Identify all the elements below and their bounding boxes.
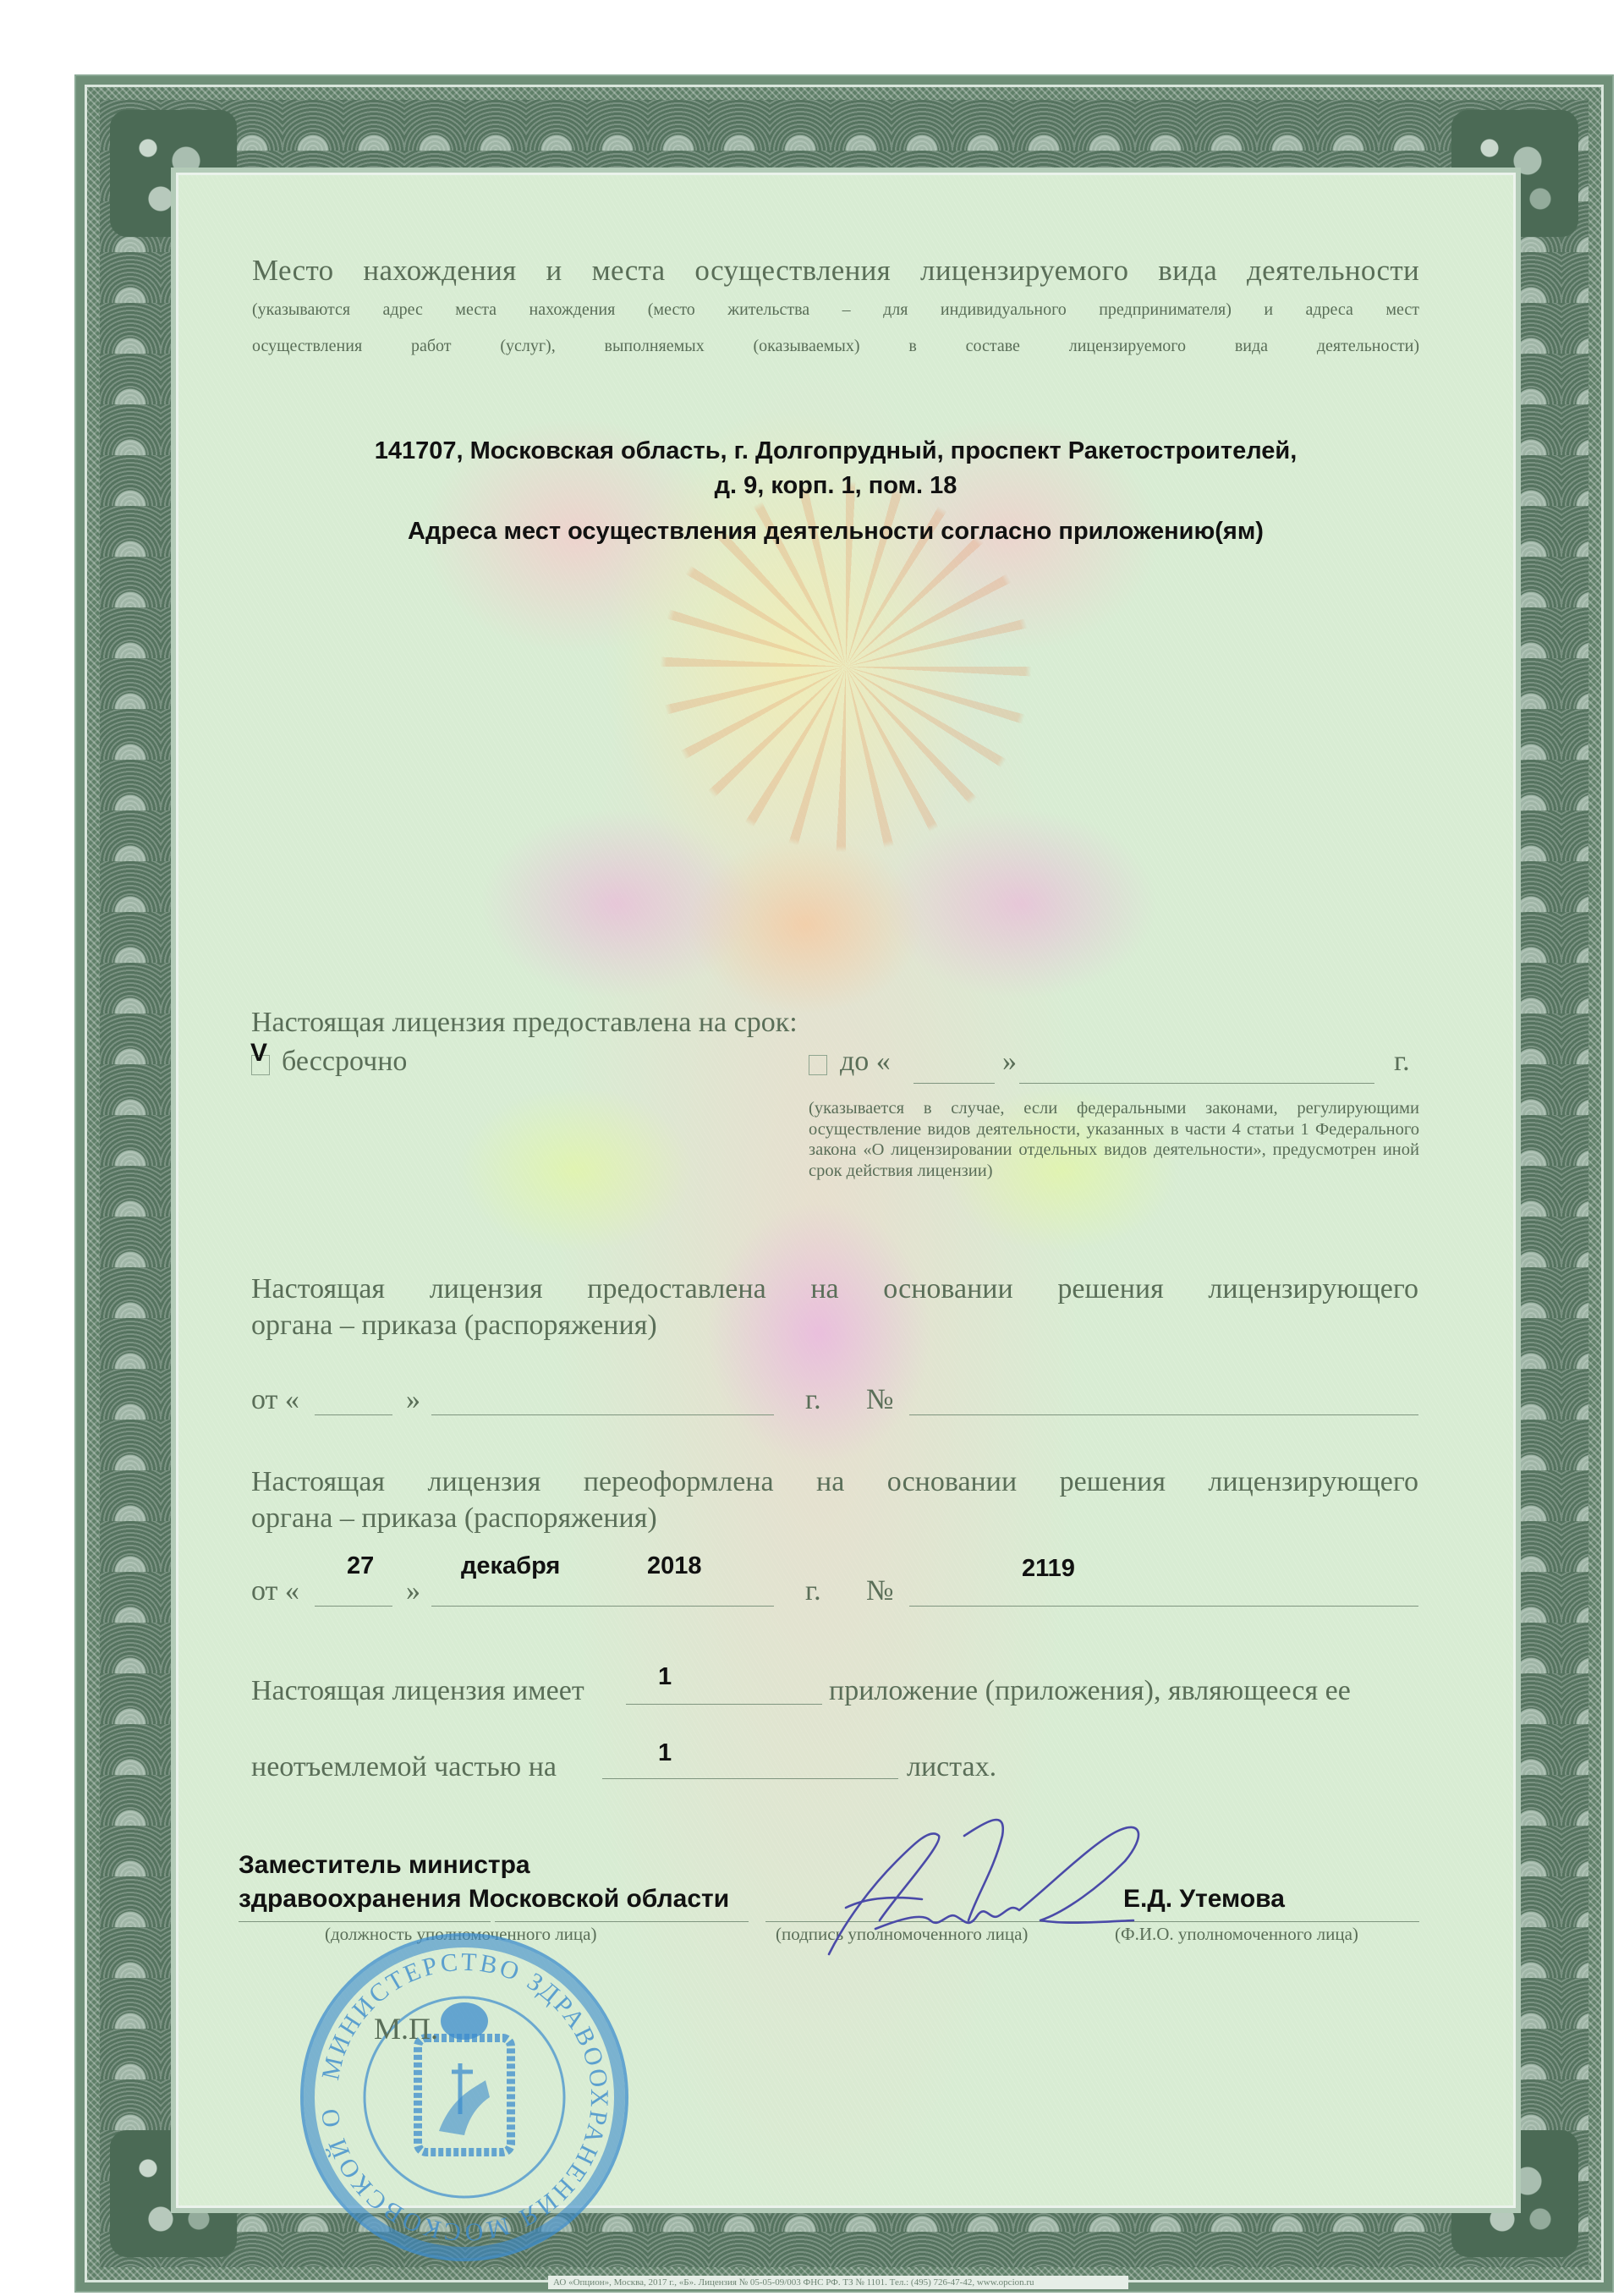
handwritten-signature-icon (795, 1802, 1150, 1971)
grant-year-suffix: г. (805, 1384, 821, 1416)
reissue-year-value: 2018 (647, 1552, 702, 1580)
address-appendix-note: Адреса мест осуществления деятельности с… (252, 518, 1419, 546)
reissue-number-label: № (866, 1575, 893, 1607)
reissue-year-suffix: г. (805, 1575, 821, 1607)
reissue-quote-close: » (406, 1575, 420, 1607)
unlimited-label: бессрочно (282, 1046, 407, 1078)
caption-name: (Ф.И.О. уполномоченного лица) (1115, 1924, 1358, 1945)
location-note-line2: осуществления работ (услуг), выполняемых… (252, 337, 1419, 356)
seal-emblem-icon: МИНИСТЕРСТВО ЗДРАВООХРАНЕНИЯ МОСКОВСКОЙ … (304, 1936, 625, 2258)
position-field-line (239, 1921, 491, 1922)
appendix-count-value: 1 (658, 1663, 672, 1691)
until-year-suffix: г. (1394, 1046, 1410, 1078)
sheet-count-field-line (602, 1778, 898, 1779)
until-date-prefix: до « (840, 1046, 891, 1078)
reissue-basis-line2: органа – приказа (распоряжения) (251, 1502, 657, 1535)
until-quote-close: » (1002, 1046, 1017, 1078)
reissue-day-value: 27 (347, 1552, 374, 1580)
official-seal-stamp: МИНИСТЕРСТВО ЗДРАВООХРАНЕНИЯ МОСКОВСКОЙ … (300, 1933, 628, 2261)
position-field-line-2 (495, 1921, 749, 1922)
grant-quote-close: » (406, 1384, 420, 1416)
location-note-line1: (указываются адрес места нахождения (мес… (252, 300, 1419, 320)
grant-month-field-line (431, 1414, 774, 1415)
until-month-field-line (1019, 1083, 1374, 1084)
until-date-note: (указывается в случае, если федеральными… (809, 1098, 1419, 1181)
reissue-month-field-line (431, 1606, 774, 1607)
check-mark-icon: V (250, 1039, 267, 1068)
reissue-number-field-line (909, 1606, 1418, 1607)
reissue-from-label: от « (251, 1575, 299, 1607)
location-heading: Место нахождения и места осуществления л… (252, 254, 1419, 288)
sheet-count-value: 1 (658, 1739, 672, 1767)
grant-from-label: от « (251, 1384, 299, 1416)
appendix-line1-suffix: приложение (приложения), являющееся ее (829, 1675, 1351, 1707)
grant-basis-line1: Настоящая лицензия предоставлена на осно… (251, 1273, 1418, 1305)
seal-placeholder-label: М.П. (374, 2011, 438, 2046)
reissue-month-value: декабря (461, 1552, 560, 1580)
signatory-position-line1: Заместитель министра (239, 1851, 530, 1880)
address-line2: д. 9, корп. 1, пом. 18 (252, 472, 1419, 500)
appendix-line1-prefix: Настоящая лицензия имеет (251, 1675, 584, 1707)
term-label: Настоящая лицензия предоставлена на срок… (251, 1007, 798, 1039)
appendix-count-field-line (626, 1704, 822, 1705)
reissue-basis-line1: Настоящая лицензия переоформлена на осно… (251, 1466, 1418, 1498)
reissue-day-field-line (315, 1606, 392, 1607)
grant-number-field-line (909, 1414, 1418, 1415)
name-field-line (1110, 1921, 1419, 1922)
reissue-number-value: 2119 (1022, 1555, 1075, 1583)
grant-number-label: № (866, 1384, 893, 1416)
until-day-field-line (913, 1083, 995, 1084)
appendix-line2-suffix: листах. (907, 1751, 996, 1783)
address-line1: 141707, Московская область, г. Долгопруд… (252, 437, 1419, 465)
appendix-line2-prefix: неотъемлемой частью на (251, 1751, 557, 1783)
signatory-position-line2: здравоохранения Московской области (239, 1885, 729, 1914)
grant-basis-line2: органа – приказа (распоряжения) (251, 1310, 657, 1342)
printer-imprint: АО «Опцион», Москва, 2017 г., «Б». Лицен… (548, 2276, 1128, 2289)
until-date-checkbox (809, 1055, 827, 1075)
grant-day-field-line (315, 1414, 392, 1415)
